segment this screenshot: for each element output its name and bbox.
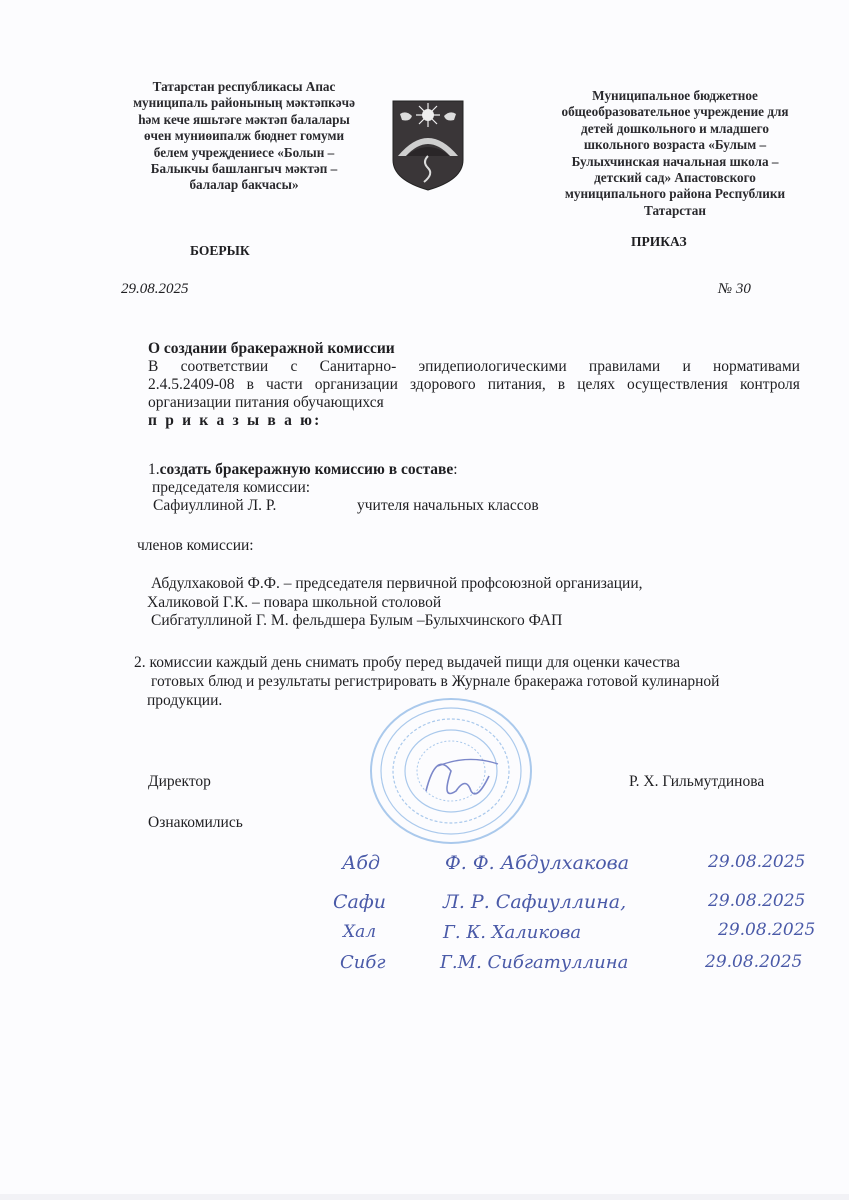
- header-right-org-name: Муниципальное бюджетное общеобразователь…: [530, 88, 820, 219]
- preamble-line: организации питания обучающихся: [148, 394, 800, 412]
- handwritten-name: Г. К. Халикова: [443, 922, 581, 943]
- document-title-tatar: БОЕРЫК: [190, 243, 250, 259]
- word: осуществления: [627, 376, 728, 394]
- document-subject: О создании бракеражной комиссии: [148, 340, 800, 358]
- header-left-line: балалар бакчасы»: [106, 177, 382, 193]
- coat-of-arms-icon: [390, 98, 466, 192]
- handwritten-date: 29.08.2025: [718, 920, 815, 940]
- preamble-line: 2.4.5.2409-08 в части организации здоров…: [148, 376, 800, 394]
- header-right-line: детей дошкольного и младшего: [530, 121, 820, 137]
- header-right-line: общеобразовательное учреждение для: [530, 104, 820, 120]
- handwritten-date: 29.08.2025: [708, 852, 805, 872]
- word: В: [148, 358, 158, 376]
- acknowledged-label: Ознакомились: [148, 814, 243, 832]
- member-3: Сибгатуллиной Г. М. фельдшера Булым –Бул…: [151, 612, 562, 630]
- document-title-russian: ПРИКАЗ: [631, 234, 687, 250]
- header-left-org-name: Татарстан республикасы Апас муниципаль р…: [106, 79, 382, 194]
- handwritten-name: Г.М. Сибгатуллина: [440, 952, 628, 973]
- item-2-line: 2. комиссии каждый день снимать пробу пе…: [134, 654, 680, 672]
- members-label: членов комиссии:: [137, 537, 254, 555]
- order-word: п р и к а з ы в а ю:: [148, 412, 322, 430]
- word: эпидепиологическими: [419, 358, 567, 376]
- word: питания,: [488, 376, 546, 394]
- header-right-line: Муниципальное бюджетное: [530, 88, 820, 104]
- colon: :: [453, 461, 457, 478]
- handwritten-signature: Сибг: [340, 952, 385, 973]
- word: в: [247, 376, 254, 394]
- signer-position: Директор: [148, 773, 211, 791]
- item-1-heading: 1.создать бракеражную комиссию в составе…: [148, 461, 458, 479]
- word: с: [290, 358, 297, 376]
- word: нормативами: [713, 358, 800, 376]
- header-right-line: детский сад» Апастовского: [530, 170, 820, 186]
- chair-name: Сафиуллиной Л. Р.: [153, 497, 276, 515]
- preamble-line: В соответствии с Санитарно- эпидепиологи…: [148, 358, 800, 376]
- handwritten-signature: Хал: [343, 922, 376, 942]
- word: правилами: [589, 358, 660, 376]
- item-1-text: создать бракеражную комиссию в составе: [160, 461, 454, 478]
- word: контроля: [740, 376, 800, 394]
- round-seal-stamp-icon: [366, 696, 536, 846]
- header-left-line: өчен муниөипалж бюднет гомуми: [106, 128, 382, 144]
- document-number: № 30: [718, 281, 751, 298]
- word: части: [266, 376, 303, 394]
- header-right-line: муниципального района Республики: [530, 186, 820, 202]
- word: целях: [577, 376, 615, 394]
- header-left-line: һәм кече яшьтәге мәктәп балалары: [106, 112, 382, 128]
- header-left-line: белем учреҗдениесе «Болын –: [106, 145, 382, 161]
- handwritten-signature: Абд: [342, 852, 380, 874]
- word: Санитарно-: [320, 358, 397, 376]
- word: здорового: [410, 376, 476, 394]
- handwritten-date: 29.08.2025: [705, 952, 802, 972]
- document-page: Татарстан республикасы Апас муниципаль р…: [0, 0, 849, 1200]
- item-2-line: готовых блюд и результаты регистрировать…: [151, 673, 719, 691]
- member-2: Халиковой Г.К. – повара школьной столово…: [147, 594, 441, 612]
- header-left-line: Татарстан республикасы Апас: [106, 79, 382, 95]
- handwritten-name: Л. Р. Сафиуллина,: [443, 891, 626, 913]
- word: и: [682, 358, 690, 376]
- header-right-line: школьного возраста «Булым –: [530, 137, 820, 153]
- header-right-line: Булыхчинская начальная школа –: [530, 154, 820, 170]
- item-2-line: продукции.: [147, 692, 222, 710]
- preamble-paragraph: В соответствии с Санитарно- эпидепиологи…: [148, 358, 800, 413]
- signer-name: Р. Х. Гильмутдинова: [629, 773, 764, 791]
- document-date: 29.08.2025: [121, 281, 189, 298]
- handwritten-name: Ф. Ф. Абдулхакова: [445, 852, 629, 874]
- chair-role: учителя начальных классов: [357, 497, 539, 515]
- word: соответствии: [181, 358, 269, 376]
- handwritten-date: 29.08.2025: [708, 891, 805, 911]
- handwritten-signature: Сафи: [333, 891, 386, 913]
- word: в: [558, 376, 565, 394]
- header-right-line: Татарстан: [530, 203, 820, 219]
- word: организации: [315, 376, 398, 394]
- word: 2.4.5.2409-08: [148, 376, 235, 394]
- header-left-line: Балыкчы башлангыч мәктәп –: [106, 161, 382, 177]
- chair-label: председателя комиссии:: [152, 479, 310, 497]
- item-number: 1.: [148, 461, 160, 478]
- header-left-line: муниципаль районының мәктәпкәчә: [106, 95, 382, 111]
- member-1: Абдулхаковой Ф.Ф. – председателя первичн…: [151, 575, 643, 593]
